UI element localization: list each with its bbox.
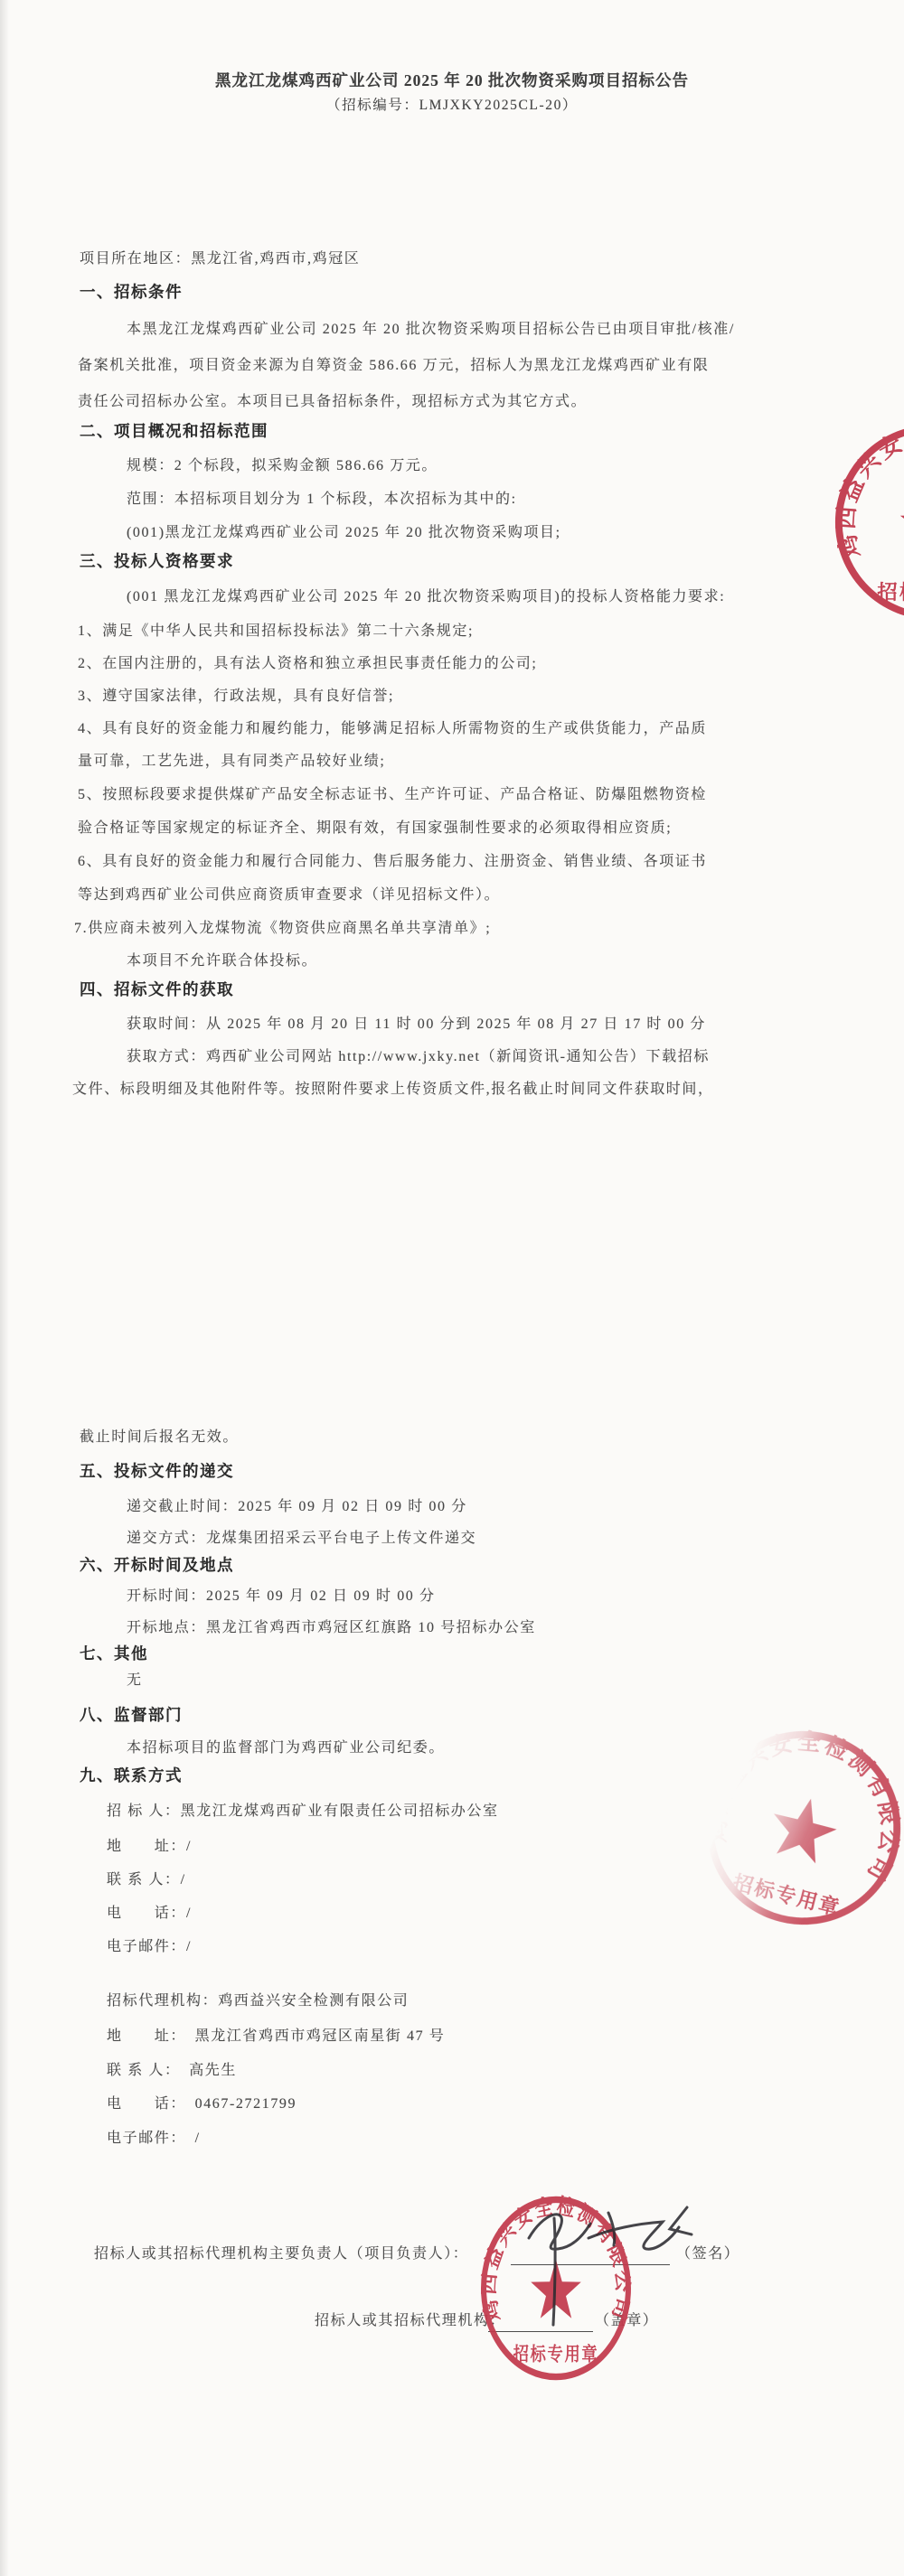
qualification-item: 6、具有良好的资金能力和履行合同能力、售后服务能力、注册资金、销售业绩、各项证书 (78, 852, 707, 872)
tenderer-contact: 联 系 人：/ (107, 1870, 186, 1890)
agency-name: 招标代理机构：鸡西益兴安全检测有限公司 (107, 1991, 409, 2011)
seal-ring (691, 1715, 904, 1941)
section-2-heading: 二、项目概况和招标范围 (80, 421, 268, 441)
svg-text:鸡西益兴安全检测有限公司: 鸡西益兴安全检测有限公司 (698, 1707, 904, 1889)
signature-line (511, 2244, 670, 2265)
tenderer-phone: 电 话：/ (107, 1904, 192, 1924)
document-obtain-time: 获取时间：从 2025 年 08 月 20 日 11 时 00 分到 2025 … (127, 1015, 706, 1035)
seal-ring (484, 2199, 628, 2376)
tenderer-email: 电子邮件：/ (107, 1937, 192, 1957)
document-title: 黑龙江龙煤鸡西矿业公司 2025 年 20 批次物资采购项目招标公告 (0, 70, 904, 90)
qualification-item: 3、遵守国家法律，行政法规，具有良好信誉; (78, 687, 394, 707)
seal-line (488, 2311, 593, 2332)
agency-email: 电子邮件： / (107, 2129, 201, 2149)
official-seal-bottom: 鸡西益兴安全检测有限公司 招标专用章 (478, 2193, 634, 2384)
qualification-intro: (001 黑龙江龙煤鸡西矿业公司 2025 年 20 批次物资采购项目)的投标人… (127, 587, 725, 607)
seal-company-arc-text: 鸡西益兴安全检测有限公司 (698, 1707, 904, 1889)
section-9-heading: 九、联系方式 (80, 1766, 183, 1785)
section-4-heading: 四、招标文件的获取 (80, 979, 234, 999)
section-7-heading: 七、其他 (80, 1644, 148, 1663)
seal-type-text: 招标专用章 (513, 2343, 599, 2365)
qualification-item: 量可靠，工艺先进，具有同类产品较好业绩; (78, 752, 385, 772)
qualification-item: 2、在国内注册的，具有法人资格和独立承担民事责任能力的公司; (78, 654, 537, 674)
document-obtain-method: 获取方式：鸡西矿业公司网站 http://www.jxky.net（新闻资讯-通… (127, 1047, 710, 1067)
bid-opening-time: 开标时间：2025 年 09 月 02 日 09 时 00 分 (127, 1587, 436, 1606)
section-1-line: 备案机关批准，项目资金来源为自筹资金 586.66 万元，招标人为黑龙江龙煤鸡西… (78, 356, 709, 376)
official-seal-middle-right: 鸡西益兴安全检测有限公司 招标专用章 (682, 1706, 904, 1949)
submission-method: 递交方式：龙煤集团招采云平台电子上传文件递交 (127, 1529, 476, 1549)
submission-deadline: 递交截止时间：2025 年 09 月 02 日 09 时 00 分 (127, 1497, 467, 1517)
seal-star (531, 2260, 581, 2318)
qualification-item: 4、具有良好的资金能力和履约能力，能够满足招标人所需物资的生产或供货能力，产品质 (78, 719, 707, 739)
seal-star (765, 1791, 843, 1867)
seal-type-text: 招标专用章 (730, 1870, 843, 1920)
agency-seal-label: 招标人或其招标代理机构： (315, 2311, 505, 2331)
responsible-person-label: 招标人或其招标代理机构主要负责人（项目负责人）： (94, 2244, 468, 2264)
document-obtain-method: 截止时间后报名无效。 (80, 1428, 239, 1447)
qualification-item: 7.供应商未被列入龙煤物流《物资供应商黑名单共享清单》; (74, 919, 491, 939)
qualification-item: 等达到鸡西矿业公司供应商资质审查要求（详见招标文件）。 (78, 885, 500, 905)
project-scope-item: (001)黑龙江龙煤鸡西矿业公司 2025 年 20 批次物资采购项目; (127, 523, 561, 543)
agency-phone: 电 话： 0467-2721799 (107, 2094, 297, 2114)
seal-ring (839, 428, 904, 616)
section-6-heading: 六、开标时间及地点 (80, 1555, 234, 1575)
bid-opening-place: 开标地点：黑龙江省鸡西市鸡冠区红旗路 10 号招标办公室 (127, 1618, 536, 1638)
seal-type-text: 招标专用章 (877, 580, 904, 604)
project-location: 项目所在地区：黑龙江省,鸡西市,鸡冠区 (80, 249, 360, 269)
tender-announcement-document: 黑龙江龙煤鸡西矿业公司 2025 年 20 批次物资采购项目招标公告 （招标编号… (0, 0, 904, 2576)
section-8-heading: 八、监督部门 (80, 1705, 183, 1725)
document-obtain-method: 文件、标段明细及其他附件等。按照附件要求上传资质文件,报名截止时间同文件获取时间… (72, 1080, 714, 1100)
supervision-department: 本招标项目的监督部门为鸡西矿业公司纪委。 (127, 1738, 445, 1758)
section-1-heading: 一、招标条件 (80, 282, 183, 302)
project-scope: 范围：本招标项目划分为 1 个标段，本次招标为其中的: (127, 490, 517, 510)
no-consortium-note: 本项目不允许联合体投标。 (127, 951, 317, 971)
other-none: 无 (127, 1671, 143, 1691)
qualification-item: 1、满足《中华人民共和国招标投标法》第二十六条规定; (78, 622, 474, 642)
seal-suffix: （盖章） (595, 2311, 658, 2331)
agency-contact: 联 系 人： 高先生 (107, 2061, 237, 2081)
section-3-heading: 三、投标人资格要求 (80, 551, 234, 571)
tenderer-name: 招 标 人：黑龙江龙煤鸡西矿业有限责任公司招标办公室 (107, 1802, 499, 1822)
seal-star (900, 492, 904, 554)
tender-code: （招标编号：LMJXKY2025CL-20） (0, 96, 904, 116)
section-1-line: 本黑龙江龙煤鸡西矿业公司 2025 年 20 批次物资采购项目招标公告已由项目审… (127, 320, 735, 340)
qualification-item: 验合格证等国家规定的标证齐全、期限有效，有国家强制性要求的必须取得相应资质; (78, 819, 672, 838)
svg-text:鸡西益兴安全检测有限公司: 鸡西益兴安全检测有限公司 (833, 421, 904, 562)
project-scale: 规模：2 个标段，拟采购金额 586.66 万元。 (127, 456, 438, 476)
section-1-line: 责任公司招标办公室。本项目已具备招标条件，现招标方式为其它方式。 (78, 392, 587, 412)
seal-company-arc-text: 鸡西益兴安全检测有限公司 (833, 421, 904, 562)
signature-suffix: （签名） (676, 2244, 739, 2264)
agency-address: 地 址： 黑龙江省鸡西市鸡冠区南星街 47 号 (107, 2027, 445, 2047)
official-seal-top-right: 鸡西益兴安全检测有限公司 招标专用章 (832, 421, 904, 623)
tenderer-address: 地 址：/ (107, 1837, 192, 1857)
section-5-heading: 五、投标文件的递交 (80, 1461, 234, 1481)
qualification-item: 5、按照标段要求提供煤矿产品安全标志证书、生产许可证、产品合格证、防爆阻燃物资检 (78, 785, 707, 805)
